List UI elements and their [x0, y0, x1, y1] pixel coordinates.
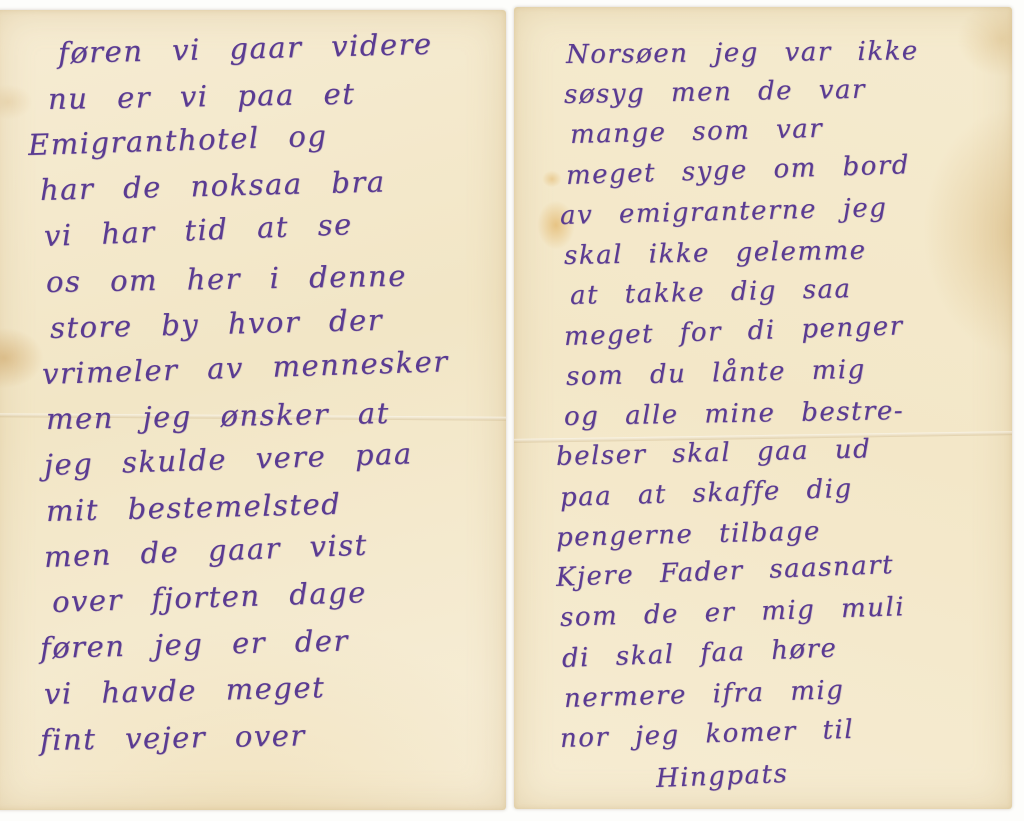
handwritten-line: men de gaar vist — [43, 528, 368, 574]
handwritten-line: nor jeg komer til — [560, 715, 855, 754]
handwritten-line: at takke dig saa — [570, 274, 852, 311]
handwritten-line: Emigranthotel og — [27, 119, 327, 162]
handwritten-line: fint vejer over — [40, 718, 306, 757]
letter-page-left: føren vi gaar videre nu er vi paa et Emi… — [0, 10, 506, 810]
handwritten-line: meget for di penger — [564, 311, 904, 352]
scanned-letter: føren vi gaar videre nu er vi paa et Emi… — [0, 0, 1024, 821]
handwritten-line: men jeg ønsker at — [46, 396, 390, 436]
handwritten-line: jeg skulde vere paa — [43, 436, 413, 482]
handwritten-signature-line: Hingpats — [655, 759, 788, 794]
handwritten-line: søsyg men de var — [564, 75, 866, 110]
handwritten-line: og alle mine bestre- — [564, 396, 905, 432]
handwritten-line: Kjere Fader saasnart — [555, 550, 894, 593]
handwritten-line: store by hvor der — [50, 303, 384, 345]
letter-page-right: Norsøen jeg var ikke søsyg men de var ma… — [514, 7, 1012, 809]
handwritten-line: pengerne tilbage — [556, 517, 822, 553]
handwritten-line: som de er mig muli — [560, 592, 906, 633]
handwritten-line: di skal faa høre — [561, 633, 837, 674]
handwritten-line: Norsøen jeg var ikke — [566, 36, 919, 70]
handwritten-line: nu er vi paa et — [48, 77, 356, 116]
handwritten-line: belser skal gaa ud — [556, 434, 872, 472]
handwritten-line: som du lånte mig — [566, 355, 866, 392]
handwritten-line: vi har tid at se — [43, 207, 353, 253]
handwritten-line: vrimeler av mennesker — [41, 344, 449, 391]
handwritten-line: over fjorten dage — [51, 575, 367, 619]
handwritten-line: føren vi gaar videre — [58, 27, 433, 70]
handwritten-line: skal ikke gelemme — [564, 236, 867, 271]
handwritten-line: føren jeg er der — [40, 623, 350, 665]
handwritten-line: paa at skaffe dig — [560, 474, 854, 513]
handwritten-line: mit bestemelsted — [46, 487, 342, 528]
handwritten-line: mange som var — [570, 114, 824, 150]
handwritten-line: har de noksaa bra — [40, 165, 386, 207]
handwritten-line: meget syge om bord — [566, 150, 911, 191]
handwritten-line: os om her i denne — [46, 259, 407, 299]
handwritten-line: nermere ifra mig — [564, 675, 845, 714]
handwritten-line: vi havde meget — [44, 670, 326, 711]
handwritten-line: av emigranterne jeg — [560, 193, 888, 231]
